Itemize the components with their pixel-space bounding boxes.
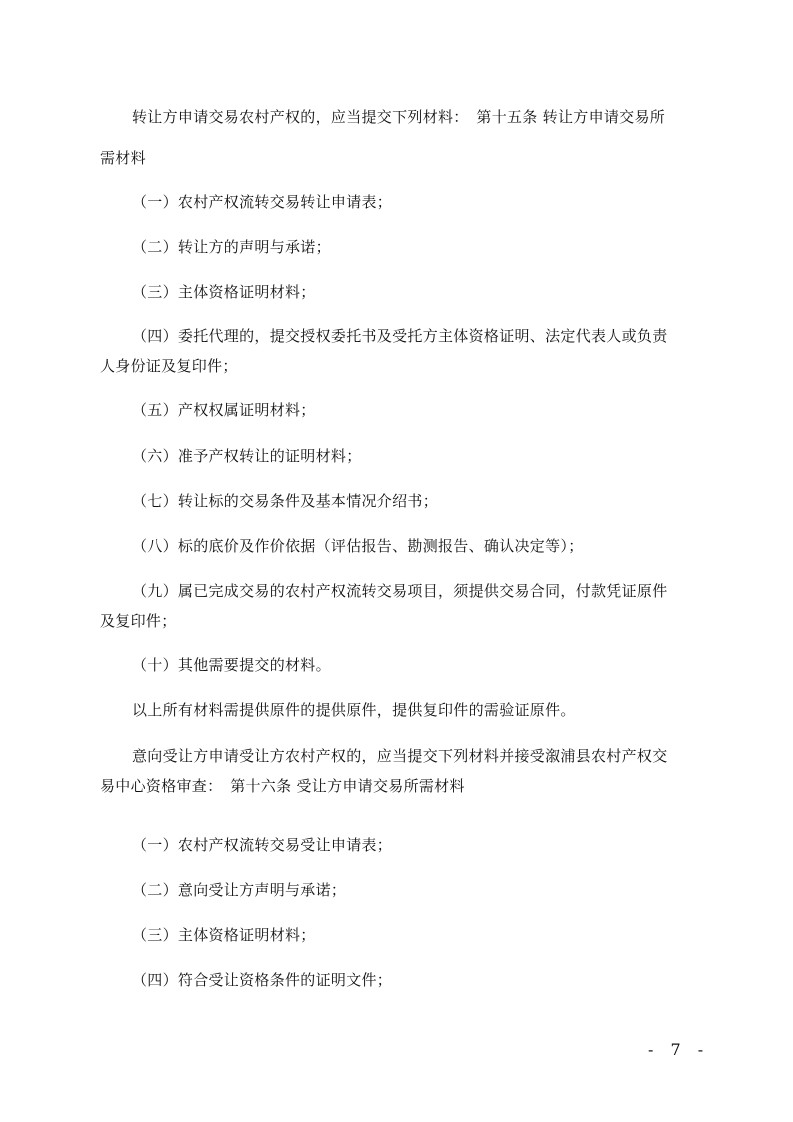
list-item-transfer-2: （二）转让方的声明与承诺；: [132, 237, 331, 257]
paragraph-article16-intro: 意向受让方申请受让方农村产权的，应当提交下列材料并接受溆浦县农村产权交: [132, 746, 668, 766]
list-item-acquire-1: （一）农村产权流转交易受让申请表；: [132, 835, 392, 855]
list-item-transfer-7: （七）转让标的交易条件及基本情况介绍书；: [132, 491, 438, 511]
list-item-transfer-4-cont: 人身份证及复印件；: [100, 356, 238, 376]
list-item-transfer-9-cont: 及复印件；: [100, 611, 177, 631]
paragraph-article16-intro-cont: 易中心资格审查： 第十六条 受让方申请交易所需材料: [100, 776, 465, 796]
list-item-transfer-6: （六）准予产权转让的证明材料；: [132, 446, 362, 466]
list-item-acquire-4: （四）符合受让资格条件的证明文件；: [132, 970, 392, 990]
page-number: - 7 -: [648, 1040, 709, 1059]
list-item-transfer-4: （四）委托代理的，提交授权委托书及受托方主体资格证明、法定代表人或负责: [132, 326, 668, 346]
paragraph-article15-intro: 转让方申请交易农村产权的，应当提交下列材料： 第十五条 转让方申请交易所: [132, 107, 665, 127]
list-item-acquire-3: （三）主体资格证明材料；: [132, 925, 316, 945]
paragraph-originals-note: 以上所有材料需提供原件的提供原件，提供复印件的需验证原件。: [132, 700, 576, 720]
list-item-acquire-2: （二）意向受让方声明与承诺；: [132, 880, 346, 900]
list-item-transfer-8: （八）标的底价及作价依据（评估报告、勘测报告、确认决定等）；: [132, 536, 584, 556]
list-item-transfer-10: （十）其他需要提交的材料。: [132, 655, 331, 675]
list-item-transfer-3: （三）主体资格证明材料；: [132, 282, 316, 302]
document-page: 转让方申请交易农村产权的，应当提交下列材料： 第十五条 转让方申请交易所 需材料…: [0, 0, 793, 1122]
list-item-transfer-5: （五）产权权属证明材料；: [132, 400, 316, 420]
list-item-transfer-9: （九）属已完成交易的农村产权流转交易项目，须提供交易合同，付款凭证原件: [132, 581, 668, 601]
paragraph-article15-intro-cont: 需材料: [100, 148, 146, 168]
list-item-transfer-1: （一）农村产权流转交易转让申请表；: [132, 192, 392, 212]
